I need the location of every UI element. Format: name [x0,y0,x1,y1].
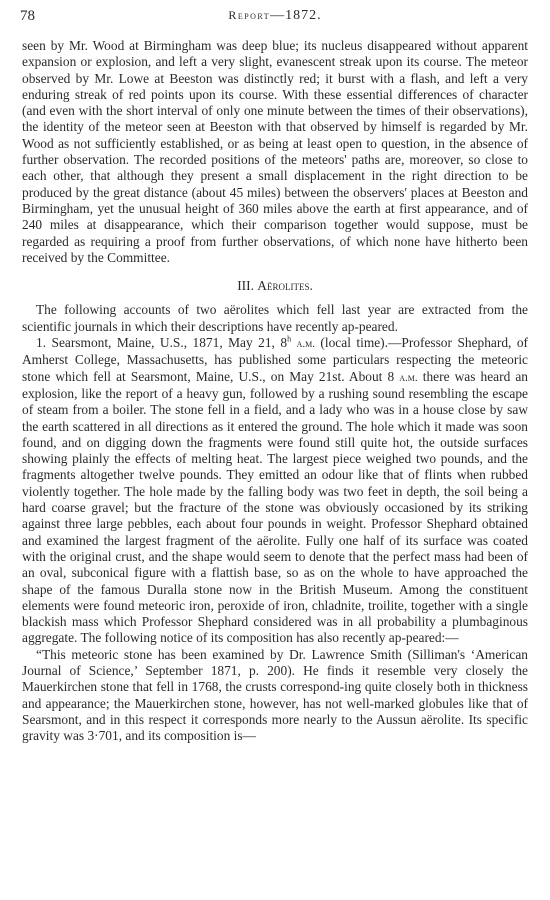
hour-superscript: h [287,335,291,344]
paragraph-continued: seen by Mr. Wood at Birmingham was deep … [22,38,528,266]
page-header: 78 Report—1872. [20,8,530,28]
section-heading: III. Aërolites. [22,278,528,294]
item-body: there was heard an explosion, like the r… [22,369,528,646]
item-lead: 1. Searsmont, Maine, U.S., 1871, May 21,… [36,335,287,350]
section-title: Aërolites. [257,278,313,293]
item-searsmont: 1. Searsmont, Maine, U.S., 1871, May 21,… [22,335,528,647]
running-head-year: —1872. [270,8,322,23]
quotation: “This meteoric stone has been examined b… [22,647,528,745]
section-numeral: III. [237,278,254,293]
time-am-2: a.m. [399,372,417,384]
document-page: 78 Report—1872. seen by Mr. Wood at Birm… [0,0,550,900]
running-head-title: Report [228,8,270,22]
section-intro: The following accounts of two aërolites … [22,302,528,335]
body-text: seen by Mr. Wood at Birmingham was deep … [22,38,528,744]
running-head: Report—1872. [20,8,530,24]
time-am: a.m. [297,338,315,350]
